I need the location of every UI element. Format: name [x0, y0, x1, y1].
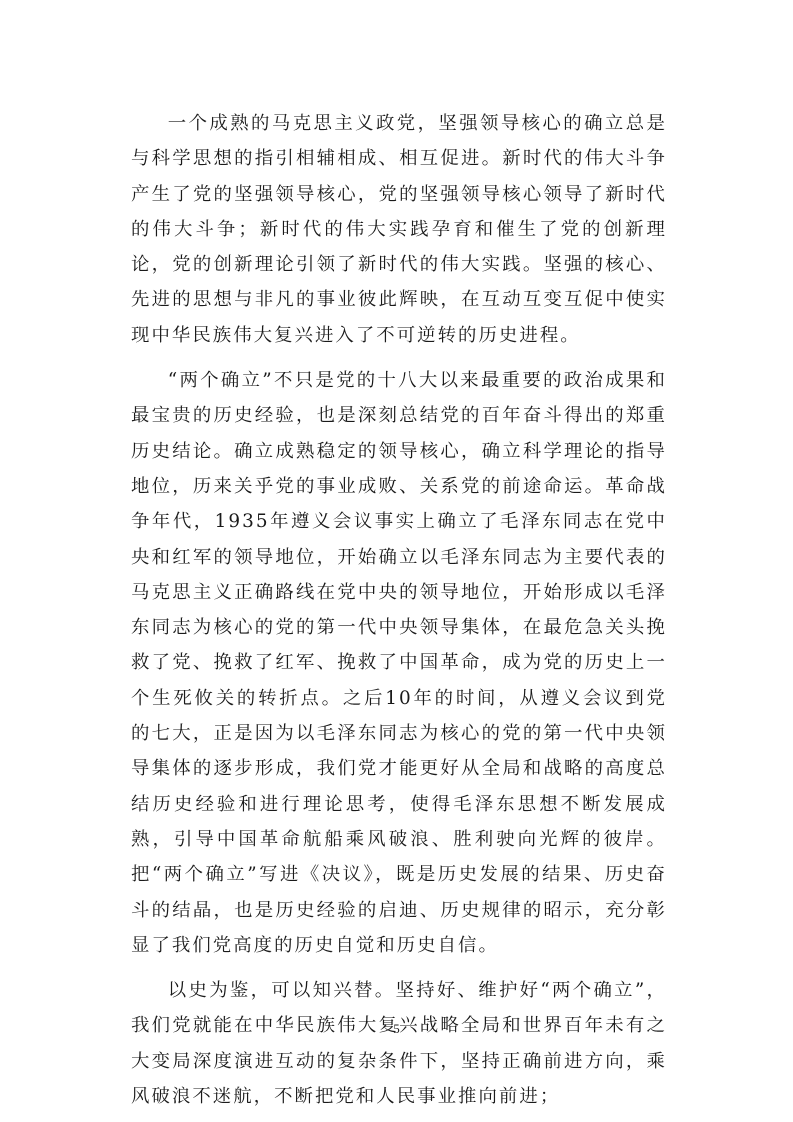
body-text: 一个成熟的马克思主义政党，坚强领导核心的确立总是与科学思想的指引相辅相成、相互促…: [131, 106, 667, 1114]
paragraph-2: “两个确立”不只是党的十八大以来最重要的政治成果和最宝贵的历史经验，也是深刻总结…: [131, 363, 667, 963]
paragraph-3: 以史为鉴，可以知兴替。坚持好、维护好“两个确立”，我们党就能在中华民族伟大复兴战…: [131, 973, 667, 1114]
document-page: 一个成熟的马克思主义政党，坚强领导核心的确立总是与科学思想的指引相辅相成、相互促…: [0, 0, 793, 1122]
paragraph-1: 一个成熟的马克思主义政党，坚强领导核心的确立总是与科学思想的指引相辅相成、相互促…: [131, 106, 667, 353]
page-number: 5: [0, 1021, 793, 1037]
